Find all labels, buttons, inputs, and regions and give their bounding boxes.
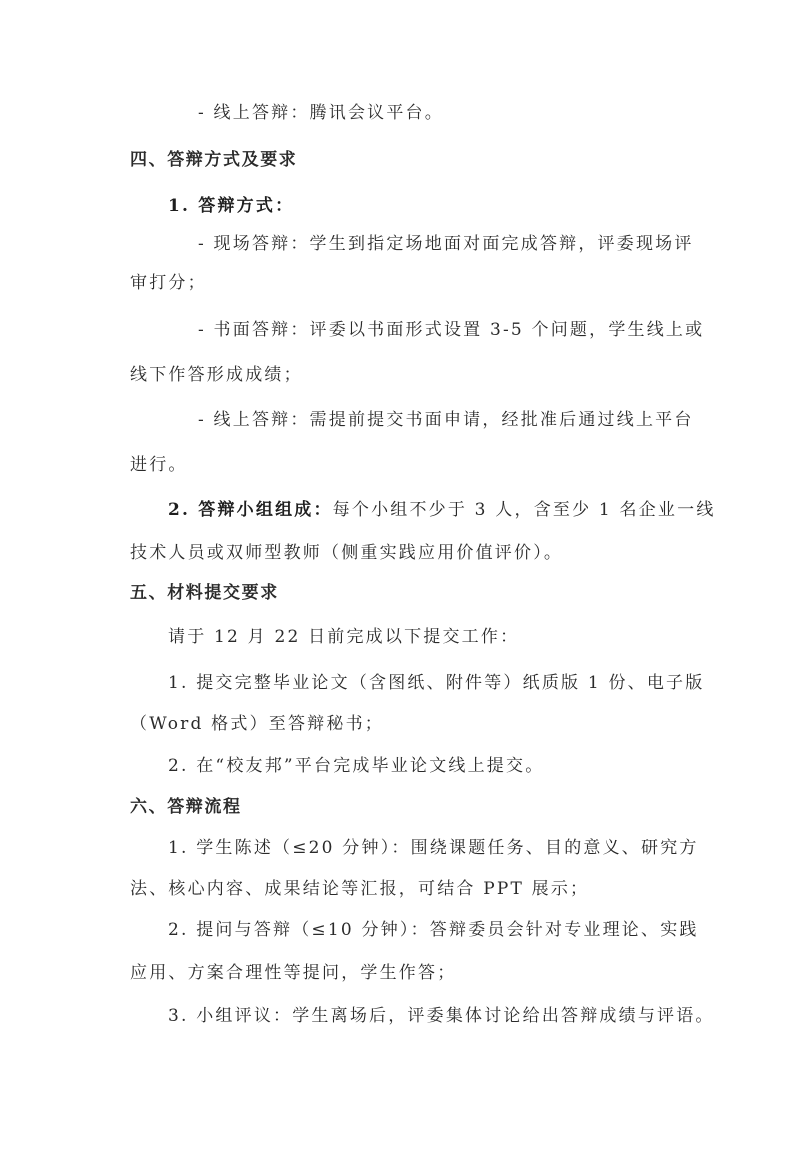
panel-composition-label: 2. 答辩小组组成： [168,500,333,520]
process-step-2: 2. 提问与答辩（≤10 分钟）：答辩委员会针对专业理论、实践 [168,919,699,941]
subheading-defense-method: 1. 答辩方式： [168,195,294,217]
document-page: - 线上答辩：腾讯会议平台。 四、答辩方式及要求 1. 答辩方式： - 现场答辩… [0,0,799,1152]
panel-composition-text: 每个小组不少于 3 人，含至少 1 名企业一线 [333,500,716,520]
materials-item-2: 2. 在“校友邦”平台完成毕业论文线上提交。 [168,755,544,777]
process-step-1-cont: 法、核心内容、成果结论等汇报，可结合 PPT 展示； [130,878,589,900]
process-step-1: 1. 学生陈述（≤20 分钟）：围绕课题任务、目的意义、研究方 [168,837,699,859]
panel-composition-cont: 技术人员或双师型教师（侧重实践应用价值评价）。 [130,542,563,564]
bullet-online-defense-platform: - 线上答辩：腾讯会议平台。 [198,102,444,124]
bullet-written-defense-cont: 线下作答形成成绩； [130,364,303,386]
bullet-written-defense: - 书面答辩：评委以书面形式设置 3-5 个问题，学生线上或 [198,319,704,341]
bullet-online-defense: - 线上答辩：需提前提交书面申请，经批准后通过线上平台 [198,409,694,431]
section-heading-process: 六、答辩流程 [130,796,242,818]
process-step-2-cont: 应用、方案合理性等提问，学生作答； [130,962,456,984]
bullet-onsite-defense-cont: 审打分； [130,272,207,294]
section-heading-materials: 五、材料提交要求 [130,582,279,604]
bullet-onsite-defense: - 现场答辩：学生到指定场地面对面完成答辩，评委现场评 [198,233,694,255]
panel-composition: 2. 答辩小组组成：每个小组不少于 3 人，含至少 1 名企业一线 [168,499,716,521]
process-step-3: 3. 小组评议：学生离场后，评委集体讨论给出答辩成绩与评语。 [168,1005,715,1027]
materials-deadline: 请于 12 月 22 日前完成以下提交工作： [168,626,519,648]
materials-item-1-cont: （Word 格式）至答辩秘书； [130,713,384,735]
materials-item-1: 1. 提交完整毕业论文（含图纸、附件等）纸质版 1 份、电子版 [168,672,704,694]
section-heading-defense-method: 四、答辩方式及要求 [130,149,297,171]
bullet-online-defense-cont: 进行。 [130,454,188,476]
